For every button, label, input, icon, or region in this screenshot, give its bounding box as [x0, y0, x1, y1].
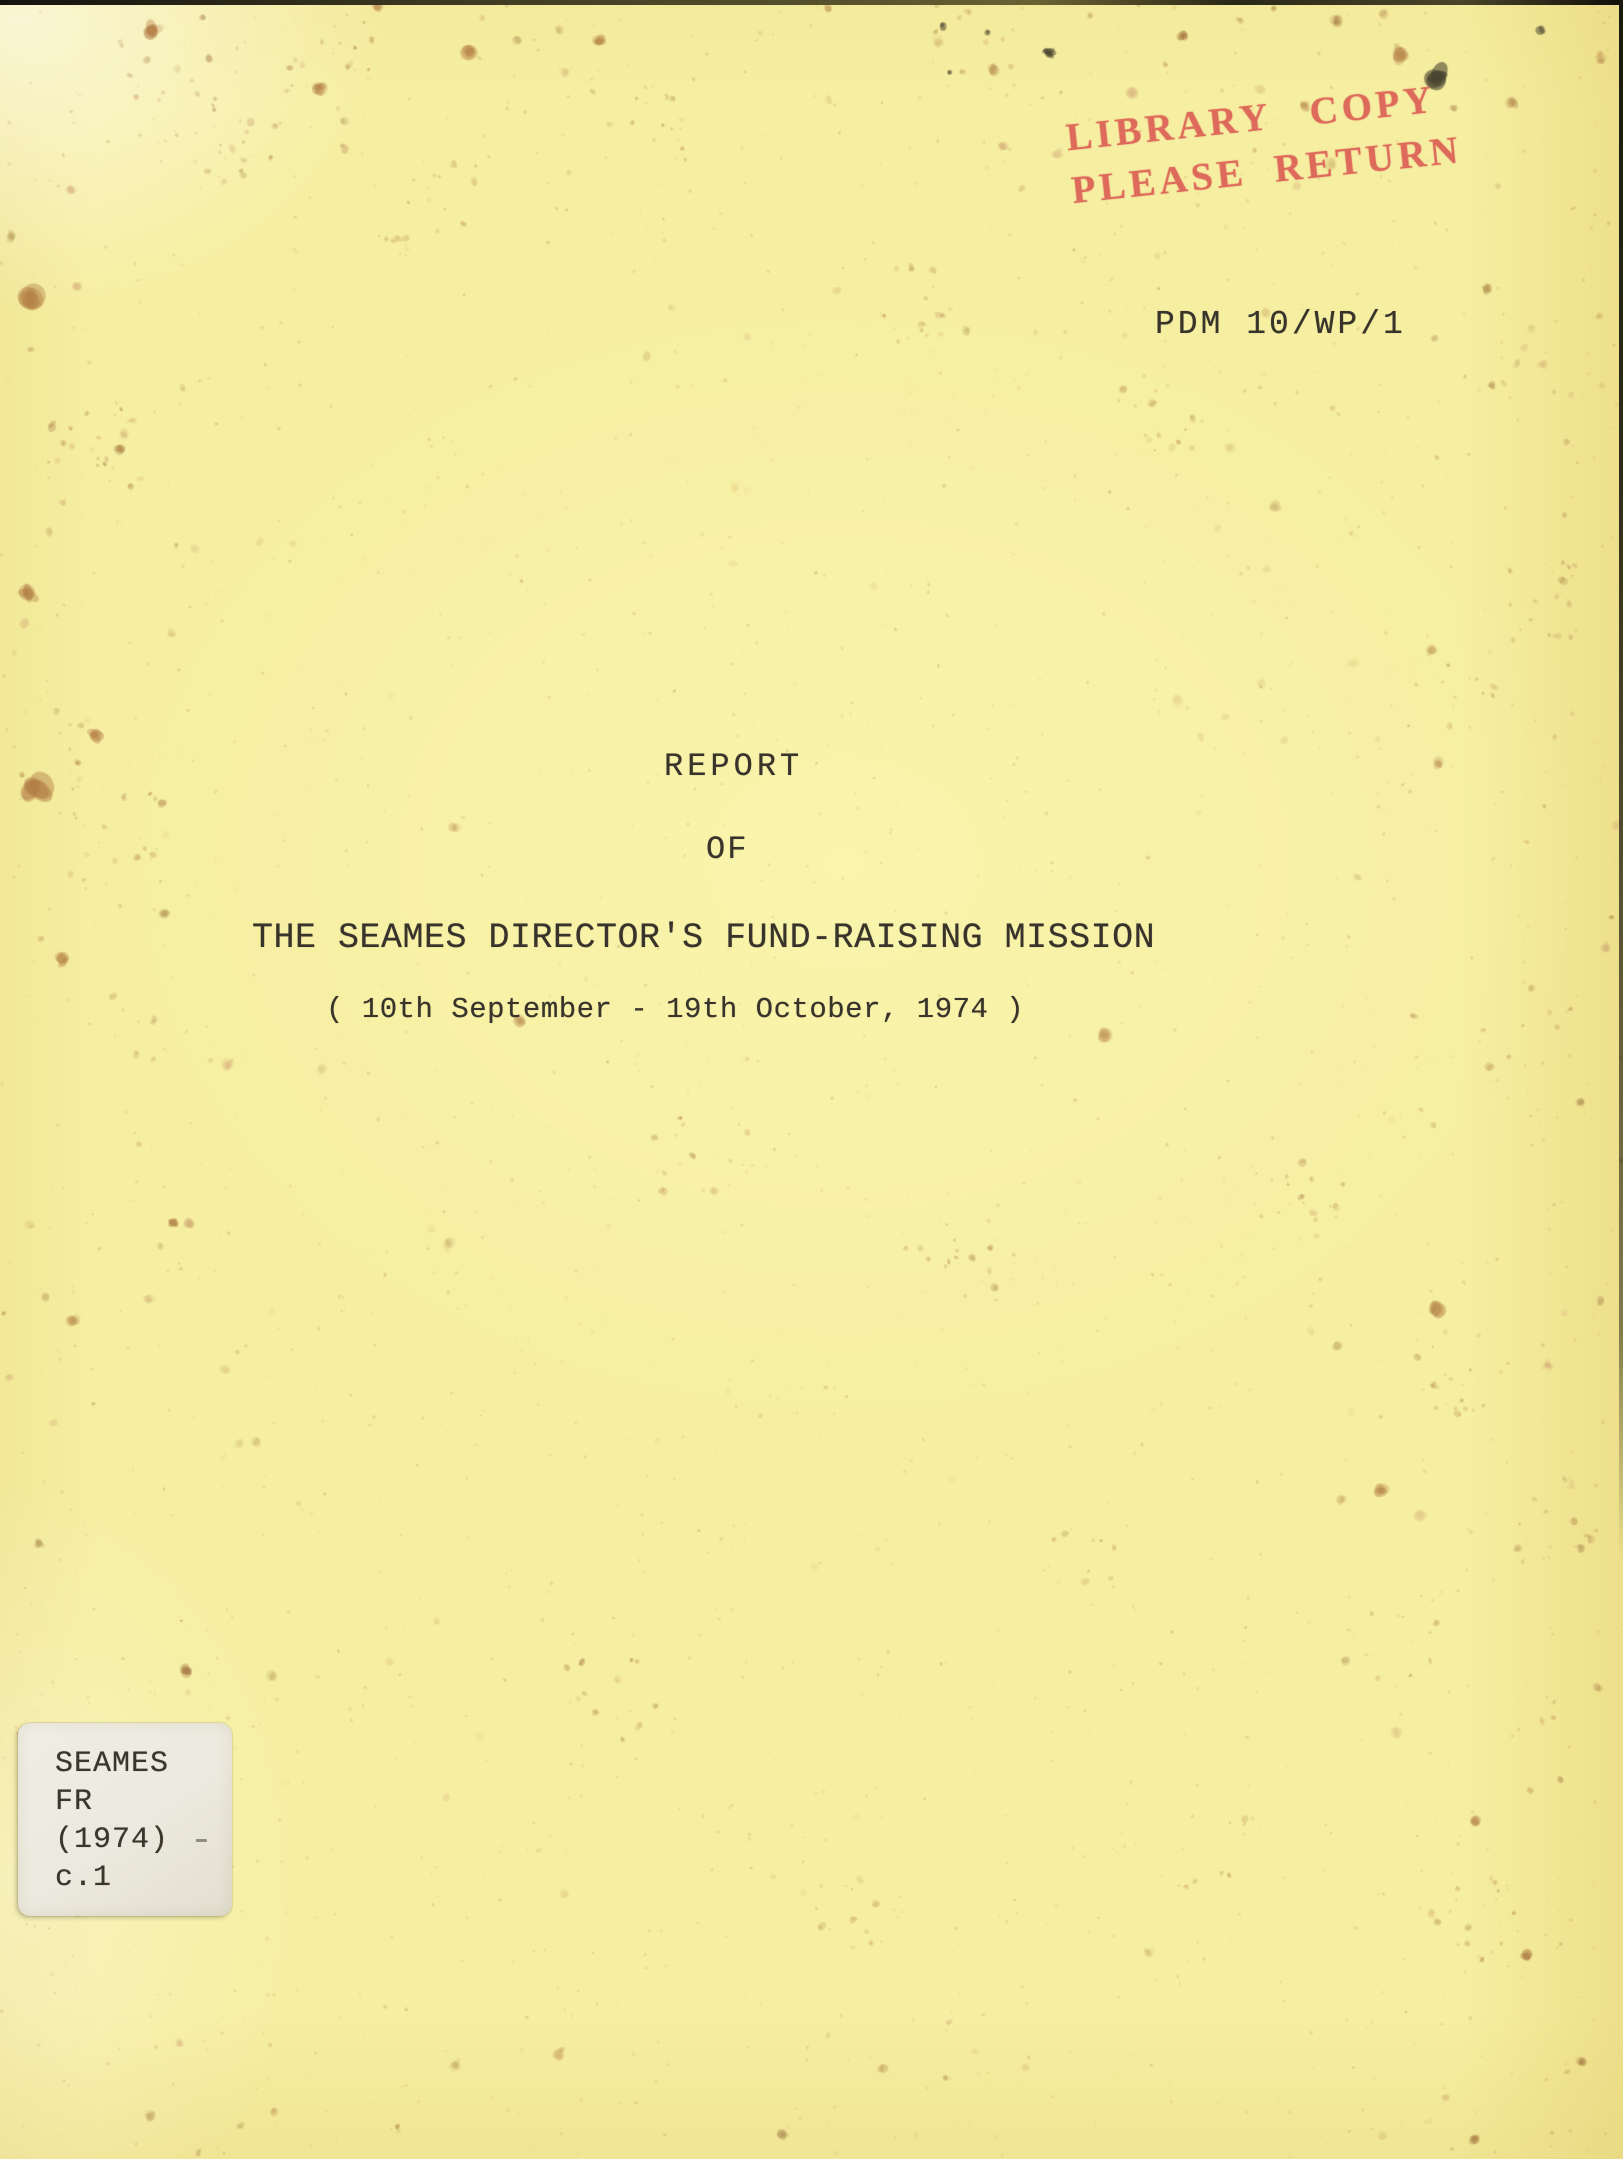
scan-edge-top — [0, 0, 1623, 5]
title-dates: ( 10th September - 19th October, 1974 ) — [326, 993, 1024, 1026]
title-of: OF — [706, 831, 748, 868]
library-stamp: LIBRARY COPY PLEASE RETURN — [1063, 73, 1442, 217]
title-report: REPORT — [664, 748, 803, 785]
label-line: c.1 — [55, 1859, 232, 1897]
document-reference: PDM 10/WP/1 — [1155, 306, 1406, 343]
stray-mark — [196, 1839, 207, 1842]
library-label: SEAMES FR (1974) c.1 — [18, 1723, 232, 1916]
label-line: FR — [55, 1783, 232, 1821]
scan-edge-right — [1619, 0, 1623, 1560]
title-mission: THE SEAMES DIRECTOR'S FUND-RAISING MISSI… — [252, 918, 1155, 958]
label-line: SEAMES — [55, 1745, 232, 1783]
document-page: LIBRARY COPY PLEASE RETURN PDM 10/WP/1 R… — [0, 0, 1623, 2159]
